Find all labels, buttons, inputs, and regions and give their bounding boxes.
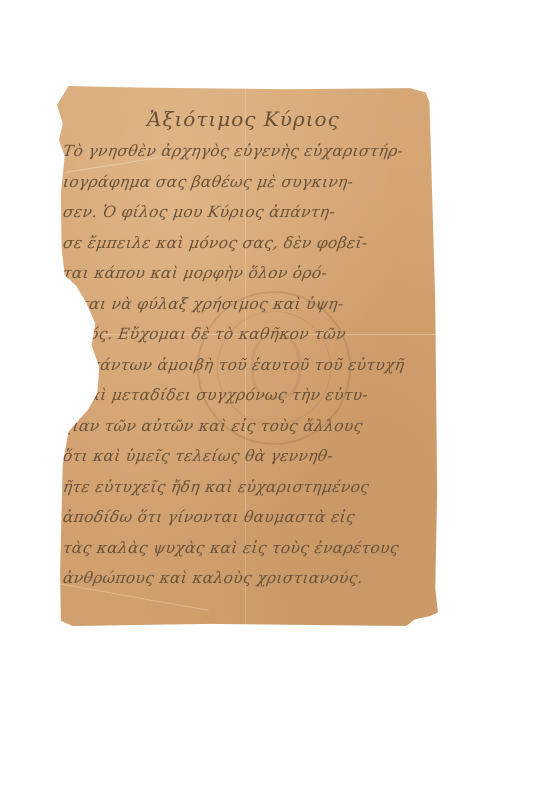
salutation: Ἀξιότιμος Κύριος — [147, 102, 441, 136]
letter-line-4: σε ἔμπειλε καὶ μόνος σας, δὲν φοβεῖ- — [61, 228, 443, 259]
letter-line-11: ὅτι καὶ ὑμεῖς τελείως θὰ γεννηθ- — [61, 441, 443, 472]
letter-line-5: ται κάπου καὶ μορφὴν ὅλον ὁρό- — [61, 258, 443, 289]
letter-line-3: σεν. Ὁ φίλος μου Κύριος ἀπάντη- — [61, 197, 443, 228]
letter-line-10: χίαν τῶν αὐτῶν καὶ εἰς τοὺς ἄλλους — [61, 411, 443, 442]
letter-line-15: ἀνθρώπους καὶ καλοὺς χριστιανούς. — [61, 563, 443, 594]
letter-line-14: τὰς καλὰς ψυχὰς καὶ εἰς τοὺς ἐναρέτους — [61, 533, 443, 564]
scan-page: Ἀξιότιμος Κύριος Τὸ γνησθὲν ἀρχηγὸς εὐγε… — [0, 0, 549, 800]
letter-line-2: ιογράφημα σας βαθέως μὲ συγκινη- — [61, 167, 443, 198]
letter-line-8: ἀπάντων ἀμοιβὴ τοῦ ἑαυτοῦ τοῦ εὐτυχῆ — [61, 350, 443, 381]
letter-line-12: ῆτε εὐτυχεῖς ἤδη καὶ εὐχαριστημένος — [61, 472, 443, 503]
letter-line-9: καὶ μεταδίδει συγχρόνως τὴν εὐτυ- — [61, 380, 443, 411]
letter-line-13: ἀποδίδω ὅτι γίνονται θαυμαστὰ εἰς — [61, 502, 443, 533]
letter-line-6: ζεται νὰ φύλαξ χρήσιμος καὶ ὑψη- — [61, 289, 443, 320]
letter-line-7: λός. Εὔχομαι δὲ τὸ καθῆκον τῶν — [61, 319, 443, 350]
letter-paper: Ἀξιότιμος Κύριος Τὸ γνησθὲν ἀρχηγὸς εὐγε… — [57, 86, 441, 626]
letter-line-1: Τὸ γνησθὲν ἀρχηγὸς εὐγενὴς εὐχαριστήρ- — [61, 136, 443, 167]
handwritten-letter-body: Ἀξιότιμος Κύριος Τὸ γνησθὲν ἀρχηγὸς εὐγε… — [63, 102, 441, 594]
